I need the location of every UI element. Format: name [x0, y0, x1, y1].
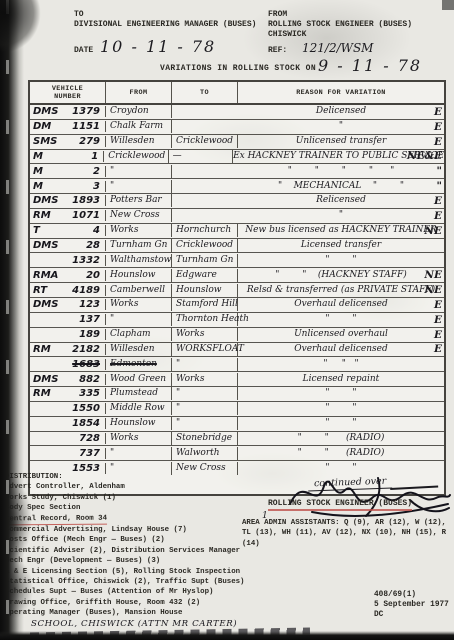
table-row: DMS 1893 Potters Bar Relicensed E — [30, 194, 444, 209]
variation-mark: E — [434, 195, 442, 207]
vehicle-number: 1151 — [72, 121, 100, 132]
vehicle-prefix: RMA — [33, 270, 58, 281]
reason-cell: " " E — [238, 313, 444, 326]
table-row: 1332 Walthamstow Turnham Gn " " — [30, 253, 444, 268]
to-cell: Walworth — [172, 447, 238, 460]
vehicle-number: 279 — [79, 136, 100, 147]
vehicle-number-cell: 189 — [30, 329, 106, 340]
vehicle-prefix: DMS — [33, 195, 58, 206]
vehicle-number-cell: RT 4189 — [30, 285, 106, 296]
vehicle-number: 3 — [93, 181, 100, 192]
distribution-line: Costs Office (Mech Engr — Buses) (2) — [5, 535, 365, 545]
vehicle-prefix: DMS — [33, 106, 58, 117]
distribution-line: Schedules Supt — Buses (Attention of Mr … — [5, 587, 365, 597]
variation-mark: E — [434, 106, 442, 118]
distribution-line: Drawing Office, Griffith House, Room 432… — [5, 598, 365, 608]
to-cell: " — [172, 402, 238, 415]
col-header-vehicle-line1: VEHICLE — [52, 85, 83, 93]
from-cell: " — [106, 313, 172, 326]
vehicle-prefix: RM — [33, 388, 51, 399]
vehicle-number: 1550 — [72, 403, 100, 414]
reason-text: Relicensed — [238, 194, 444, 207]
reason-text: " " — [238, 402, 444, 415]
variation-mark: NE&E — [407, 150, 442, 162]
vehicle-number-cell: M 3 — [30, 181, 106, 192]
vehicle-number-cell: RMA 20 — [30, 270, 106, 281]
col-header-from-label: FROM — [130, 89, 148, 97]
vehicle-number: 123 — [79, 299, 100, 310]
variation-mark: NE — [424, 225, 442, 237]
table-row: DMS 123 Works Stamford Hill Overhaul del… — [30, 298, 444, 313]
col-header-reason: REASON FOR VARIATION — [238, 82, 444, 103]
col-header-vehicle-number: VEHICLE NUMBER — [30, 82, 106, 103]
reason-text: Unlicensed overhaul — [238, 328, 444, 341]
vehicle-number: 4 — [93, 225, 100, 236]
vehicle-prefix: SMS — [33, 136, 57, 147]
to-cell: Works — [172, 328, 238, 341]
vehicle-number-cell: RM 1071 — [30, 210, 106, 221]
reason-text: " " " " " — [238, 165, 444, 178]
reason-text: Unlicensed transfer — [238, 135, 444, 148]
reason-text: Overhaul delicensed — [238, 343, 444, 356]
from-cell: Hounslow — [106, 417, 172, 430]
vehicle-number-cell: 1683 — [30, 359, 106, 370]
table-body: DMS 1379 Croydon Delicensed E DM 1151 Ch… — [30, 105, 444, 475]
vehicle-number-cell: DMS 28 — [30, 240, 106, 251]
table-row: 137 " Thornton Heath " " E — [30, 313, 444, 328]
reason-cell: " " " — [238, 358, 444, 371]
distribution-line: Works Study, Chiswick (1) — [5, 493, 365, 503]
vehicle-prefix: T — [33, 225, 40, 236]
from-cell: Turnham Gn — [106, 239, 172, 252]
reason-cell: Overhaul delicensed E — [238, 343, 444, 356]
vehicle-number-cell: M 1 — [30, 151, 104, 162]
reason-text: " " — [238, 387, 444, 400]
reason-cell: " " (RADIO) — [238, 432, 444, 445]
variation-mark: " — [437, 180, 442, 192]
reason-cell: Relsd & transferred (as PRIVATE STAFF) N… — [238, 284, 444, 297]
from-location: CHISWICK — [268, 30, 412, 40]
to-cell: Stonebridge — [172, 432, 238, 445]
reason-cell: Relicensed E — [238, 194, 444, 207]
table-row: 1854 Hounslow " " " — [30, 417, 444, 432]
to-cell: " — [172, 358, 238, 371]
from-cell: Croydon — [106, 105, 172, 118]
table-row: 737 " Walworth " " (RADIO) — [30, 446, 444, 461]
distribution-line: Operating Manager (Buses), Mansion House — [5, 608, 365, 618]
reason-cell: Licensed transfer — [238, 239, 444, 252]
date-label: DATE — [74, 46, 93, 55]
footer-date: 5 September 1977 — [374, 600, 449, 610]
table-row: 189 Clapham Works Unlicensed overhaul E — [30, 328, 444, 343]
table-row: RM 335 Plumstead " " " — [30, 387, 444, 402]
table-row: RT 4189 Camberwell Hounslow Relsd & tran… — [30, 283, 444, 298]
vehicle-prefix: DM — [33, 121, 51, 132]
distribution-line: Central Record, Room 34 — [5, 514, 365, 525]
vehicle-number: 28 — [86, 240, 100, 251]
from-cell: Willesden — [106, 135, 172, 148]
reason-text: " " — [238, 254, 444, 267]
reason-cell: " E — [238, 120, 444, 133]
distribution-line: Advert Controller, Aldenham — [5, 482, 365, 492]
variation-mark: E — [434, 121, 442, 133]
reason-cell: Unlicensed overhaul E — [238, 328, 444, 341]
vehicle-number-cell: 1550 — [30, 403, 106, 414]
from-block: FROM ROLLING STOCK ENGINEER (BUSES) CHIS… — [268, 10, 412, 40]
to-cell: " — [172, 417, 238, 430]
variations-table: VEHICLE NUMBER FROM TO REASON FOR VARIAT… — [28, 80, 446, 496]
reason-cell: " " — [238, 417, 444, 430]
from-cell: New Cross — [106, 209, 172, 222]
vehicle-number-cell: 737 — [30, 448, 106, 459]
variation-mark: E — [434, 314, 442, 326]
table-row: M 2 " " " " " " " — [30, 164, 444, 179]
distribution-line: Body Spec Section — [5, 503, 365, 513]
to-cell: Stamford Hill — [172, 298, 238, 311]
from-cell: Works — [106, 298, 172, 311]
variation-mark: E — [434, 329, 442, 341]
vehicle-prefix: DMS — [33, 374, 58, 385]
reason-cell: " " " " " " — [238, 165, 444, 178]
col-header-reason-label: REASON FOR VARIATION — [296, 89, 386, 97]
reason-cell: " " (HACKNEY STAFF) NE — [238, 269, 444, 282]
from-cell: Cricklewood — [104, 150, 168, 163]
vehicle-number: 335 — [79, 388, 100, 399]
from-cell: Works — [106, 432, 172, 445]
from-value: ROLLING STOCK ENGINEER (BUSES) — [268, 20, 412, 30]
reason-cell: " " — [238, 254, 444, 267]
from-cell: Camberwell — [106, 284, 172, 297]
to-cell: Thornton Heath — [172, 313, 238, 326]
reason-cell: " E — [238, 209, 444, 222]
from-cell: Plumstead — [106, 387, 172, 400]
distribution-line: Scientific Adviser (2), Distribution Ser… — [5, 546, 365, 556]
vehicle-number: 1 — [91, 151, 98, 162]
reason-text: " " (RADIO) — [238, 447, 444, 460]
vehicle-number-cell: 137 — [30, 314, 106, 325]
vehicle-number: 737 — [79, 448, 100, 459]
table-row: T 4 Works Hornchurch New bus licensed as… — [30, 224, 444, 239]
title-date-handwritten: 9 - 11 - 78 — [318, 56, 422, 75]
from-cell: Middle Row — [106, 402, 172, 415]
vehicle-number-cell: DMS 1379 — [30, 106, 106, 117]
from-label: FROM — [268, 10, 412, 20]
reason-text: " " — [238, 417, 444, 430]
from-cell: Potters Bar — [106, 194, 172, 207]
table-row: RM 1071 New Cross " E — [30, 209, 444, 224]
vehicle-number-cell: 1332 — [30, 255, 106, 266]
vehicle-number: 1683 — [72, 359, 100, 370]
col-header-from: FROM — [106, 82, 172, 103]
distribution-heading: DISTRIBUTION: — [5, 472, 365, 482]
vehicle-prefix: DMS — [33, 299, 58, 310]
from-cell: Hounslow — [106, 269, 172, 282]
footer-ref-number: 408/69(1) — [374, 590, 449, 600]
table-row: SMS 279 Willesden Cricklewood Unlicensed… — [30, 135, 444, 150]
reason-cell: " " — [238, 387, 444, 400]
variation-mark: E — [434, 136, 442, 148]
ref-label: REF: — [268, 46, 287, 55]
vehicle-number: 2 — [93, 166, 100, 177]
distribution-line-handwritten: SCHOOL, CHISWICK (ATTN MR CARTER) — [5, 619, 365, 629]
vehicle-number-cell: RM 335 — [30, 388, 106, 399]
table-row: M 3 " " MECHANICAL " " " — [30, 179, 444, 194]
reason-text: " MECHANICAL " " — [238, 180, 444, 193]
distribution-line: Statistical Office, Chiswick (2), Traffi… — [5, 577, 365, 587]
vehicle-number: 1332 — [72, 255, 100, 266]
vehicle-number-cell: SMS 279 — [30, 136, 106, 147]
vehicle-number: 137 — [79, 314, 100, 325]
reason-cell: " " — [238, 402, 444, 415]
vehicle-prefix: M — [33, 166, 43, 177]
reason-cell: Unlicensed transfer E — [238, 135, 444, 148]
reason-cell: " " (RADIO) — [238, 447, 444, 460]
from-cell: Works — [106, 224, 172, 237]
variation-mark: NE — [424, 284, 442, 296]
to-cell: Cricklewood — [172, 239, 238, 252]
to-cell: " — [172, 387, 238, 400]
vehicle-number-cell: 1854 — [30, 418, 106, 429]
distribution-line: A & E Licensing Section (5), Rolling Sto… — [5, 567, 365, 577]
col-header-to-label: TO — [200, 89, 209, 97]
vehicle-number-cell: 728 — [30, 433, 106, 444]
vehicle-number-cell: DMS 123 — [30, 299, 106, 310]
vehicle-prefix: M — [33, 151, 43, 162]
from-cell: Chalk Farm — [106, 120, 172, 133]
from-cell: " — [106, 165, 172, 178]
table-row: DMS 1379 Croydon Delicensed E — [30, 105, 444, 120]
vehicle-number: 1854 — [72, 418, 100, 429]
to-cell: — — [169, 150, 233, 163]
col-header-vehicle-line2: NUMBER — [54, 93, 81, 101]
reason-text: " " " — [238, 358, 444, 371]
variation-mark: E — [434, 343, 442, 355]
reason-text: Relsd & transferred (as PRIVATE STAFF) — [238, 284, 444, 297]
vehicle-number-cell: DMS 1893 — [30, 195, 106, 206]
distribution-line: Mech Engr (Development — Buses) (3) — [5, 556, 365, 566]
table-row: 1683 Edmonton " " " " — [30, 357, 444, 372]
table-row: RM 2182 Willesden WORKSFLOAT Overhaul de… — [30, 343, 444, 358]
reason-text: Licensed repaint — [238, 373, 444, 386]
vehicle-number: 20 — [86, 270, 100, 281]
footer-initials: DC — [374, 610, 449, 620]
table-row: DM 1151 Chalk Farm " E — [30, 120, 444, 135]
vehicle-number-cell: M 2 — [30, 166, 106, 177]
table-row: M 1 Cricklewood — Ex HACKNEY TRAINER TO … — [30, 150, 444, 165]
variation-mark: E — [434, 210, 442, 222]
reason-text: " — [238, 209, 444, 222]
vehicle-number: 1379 — [72, 106, 100, 117]
table-header-row: VEHICLE NUMBER FROM TO REASON FOR VARIAT… — [30, 82, 444, 105]
reason-text: Licensed transfer — [238, 239, 444, 252]
vehicle-number: 1893 — [72, 195, 100, 206]
reason-cell: " MECHANICAL " " " — [238, 180, 444, 193]
reason-text: Delicensed — [238, 105, 444, 118]
to-cell: Works — [172, 373, 238, 386]
to-cell: Turnham Gn — [172, 254, 238, 267]
vehicle-prefix: M — [33, 181, 43, 192]
vehicle-number-cell: DMS 882 — [30, 374, 106, 385]
vehicle-number: 1071 — [72, 210, 100, 221]
variation-mark: E — [434, 299, 442, 311]
vehicle-number: 728 — [79, 433, 100, 444]
reason-cell: Delicensed E — [238, 105, 444, 118]
to-cell: Hounslow — [172, 284, 238, 297]
from-cell: Clapham — [106, 328, 172, 341]
reason-text: " " (HACKNEY STAFF) — [238, 269, 444, 282]
table-row: DMS 882 Wood Green Works Licensed repain… — [30, 372, 444, 387]
vehicle-number: 882 — [79, 374, 100, 385]
col-header-to: TO — [172, 82, 238, 103]
reason-cell: Ex HACKNEY TRAINER TO PUBLIC SERVICE NE&… — [233, 150, 444, 163]
scanned-memo-page: TO DIVISIONAL ENGINEERING MANAGER (BUSES… — [0, 0, 454, 640]
reason-cell: Overhaul delicensed E — [238, 298, 444, 311]
reason-text: " " — [238, 313, 444, 326]
reason-text: " " (RADIO) — [238, 432, 444, 445]
ref-value-handwritten: 121/2/WSM — [302, 41, 373, 55]
vehicle-prefix: RT — [33, 285, 47, 296]
to-block: TO DIVISIONAL ENGINEERING MANAGER (BUSES… — [74, 10, 256, 30]
vehicle-number-cell: DM 1151 — [30, 121, 106, 132]
scan-corner-top-left — [0, 0, 58, 66]
scan-corner-top-right — [442, 0, 454, 10]
vehicle-number: 2182 — [72, 344, 100, 355]
footer-reference-block: 408/69(1) 5 September 1977 DC — [374, 590, 449, 620]
vehicle-number-cell: RM 2182 — [30, 344, 106, 355]
from-cell: " — [106, 447, 172, 460]
scan-edge-left — [0, 0, 24, 640]
from-cell: Edmonton — [106, 358, 172, 371]
from-cell: Willesden — [106, 343, 172, 356]
to-cell: WORKSFLOAT — [172, 343, 238, 356]
page-title: VARIATIONS IN ROLLING STOCK ON — [160, 64, 316, 73]
vehicle-prefix: DMS — [33, 240, 58, 251]
vehicle-prefix: RM — [33, 210, 51, 221]
to-cell: Cricklewood — [172, 135, 238, 148]
variation-mark: " — [437, 165, 442, 177]
from-cell: Wood Green — [106, 373, 172, 386]
reason-text: Overhaul delicensed — [238, 298, 444, 311]
distribution-line: Commercial Advertising, Lindsay House (7… — [5, 525, 365, 535]
distribution-lines: Advert Controller, AldenhamWorks Study, … — [5, 482, 365, 629]
reason-cell: New bus licensed as HACKNEY TRAINER NE — [238, 224, 444, 237]
scan-edge-bottom — [0, 631, 454, 640]
table-row: 1550 Middle Row " " " — [30, 402, 444, 417]
vehicle-number: 189 — [79, 329, 100, 340]
distribution-list: DISTRIBUTION: Advert Controller, Aldenha… — [5, 472, 365, 629]
reason-text: " — [238, 120, 444, 133]
vehicle-prefix: RM — [33, 344, 51, 355]
table-row: 728 Works Stonebridge " " (RADIO) — [30, 432, 444, 447]
date-value-handwritten: 10 - 11 - 78 — [100, 37, 216, 56]
to-label: TO — [74, 10, 256, 20]
to-value: DIVISIONAL ENGINEERING MANAGER (BUSES) — [74, 20, 256, 30]
to-cell: Edgware — [172, 269, 238, 282]
reason-cell: Licensed repaint — [238, 373, 444, 386]
vehicle-number: 4189 — [72, 285, 100, 296]
variation-mark: NE — [424, 269, 442, 281]
reason-text: New bus licensed as HACKNEY TRAINER — [238, 224, 444, 237]
from-cell: " — [106, 180, 172, 193]
table-row: RMA 20 Hounslow Edgware " " (HACKNEY STA… — [30, 268, 444, 283]
table-row: DMS 28 Turnham Gn Cricklewood Licensed t… — [30, 239, 444, 254]
to-cell: Hornchurch — [172, 224, 238, 237]
from-cell: Walthamstow — [106, 254, 172, 267]
vehicle-number-cell: T 4 — [30, 225, 106, 236]
